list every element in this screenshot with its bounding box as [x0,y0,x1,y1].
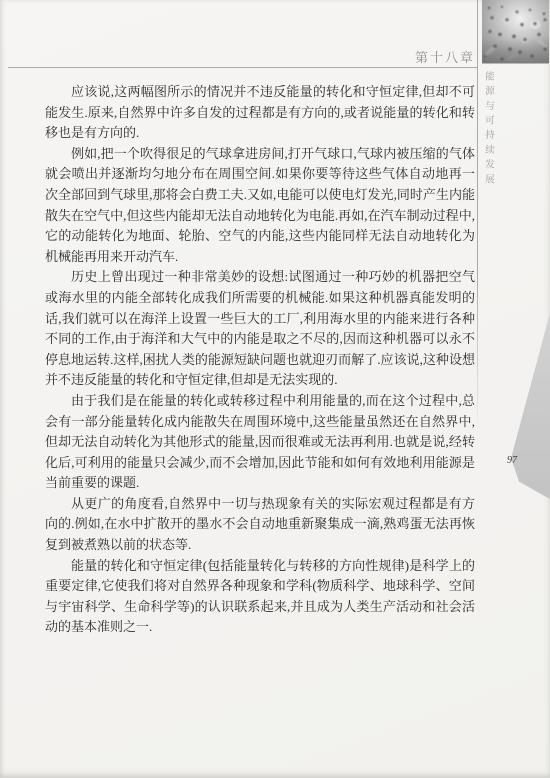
sidebar-divider [477,0,478,436]
textbook-page: 第十八章 [0,0,550,778]
paragraph-6: 能量的转化和守恒定律(包括能量转化与转移的方向性规律)是科学上的重要定律,它使我… [45,556,475,638]
page-number: 97 [507,455,517,466]
sidebar-chapter-title: 能源与可持续发展 [481,71,495,189]
chapter-header-label: 第十八章 [415,47,475,66]
chapter-flowers-photo [482,0,549,64]
body-text: 应该说,这两幅图所示的情况并不违反能量的转化和守恒定律,但却不可能发生.原来,自… [45,82,475,638]
paragraph-1: 应该说,这两幅图所示的情况并不违反能量的转化和守恒定律,但却不可能发生.原来,自… [45,82,475,144]
paragraph-3: 历史上曾出现过一种非常美妙的设想:试图通过一种巧妙的机器把空气或海水里的内能全部… [45,267,475,391]
flowers-photo-graphic [482,0,549,63]
corner-shade-graphic [500,310,550,505]
paragraph-4: 由于我们是在能量的转化或转移过程中利用能量的,而在这个过程中,总会有一部分能量转… [45,391,475,494]
paragraph-2: 例如,把一个吹得很足的气球拿进房间,打开气球口,气球内被压缩的气体就会喷出并逐渐… [45,144,475,268]
paragraph-5: 从更广的角度看,自然界中一切与热现象有关的实际宏观过程都是有方向的.例如,在水中… [45,494,475,556]
header-divider [8,67,477,68]
